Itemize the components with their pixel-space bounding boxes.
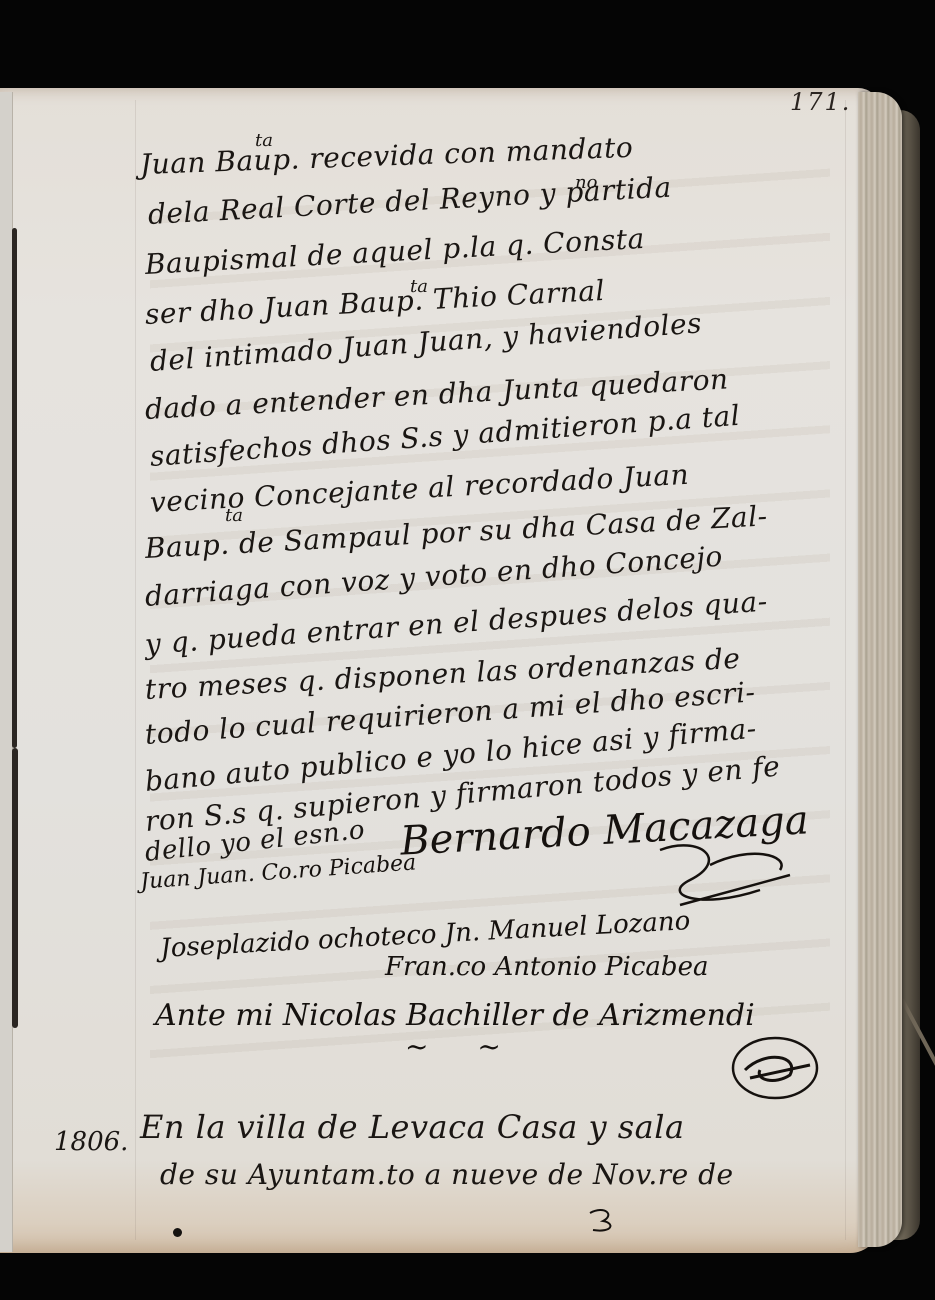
margin-rule-left — [135, 100, 136, 1240]
signature-line-2: Fran.co Antonio Picabea — [385, 952, 708, 982]
page-edges — [858, 92, 902, 1247]
ink-blot — [173, 1228, 182, 1237]
page-number: 171. — [790, 88, 851, 116]
superscript: ta — [225, 505, 243, 526]
binding-stitch — [12, 228, 17, 748]
margin-rule-right — [845, 100, 846, 1240]
margin-year: 1806. — [54, 1127, 128, 1157]
text-line: En la villa de Levaca Casa y sala — [140, 1108, 685, 1146]
binding-stitch — [12, 748, 18, 1028]
notary-rubric — [720, 1020, 830, 1110]
section-separator: ~ ~ — [405, 1030, 521, 1063]
text-line: de su Ayuntam.to a nueve de Nov.re de — [160, 1158, 734, 1191]
catchword-mark — [585, 1205, 625, 1235]
notary-line: Ante mi Nicolas Bachiller de Arizmendi — [155, 998, 755, 1033]
